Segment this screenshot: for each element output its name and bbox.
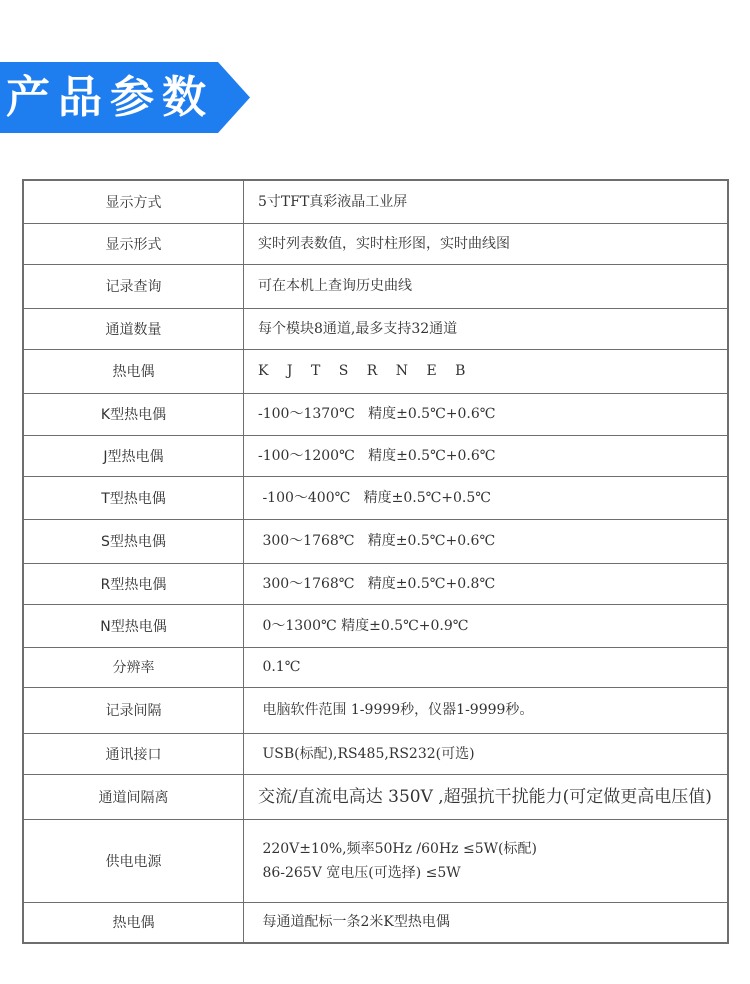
spec-row: N型热电偶 0～1300℃ 精度±0.5℃+0.9℃ [23, 604, 728, 647]
spec-value: 300～1768℃ 精度±0.5℃+0.6℃ [244, 519, 729, 563]
spec-label: J型热电偶 [23, 435, 244, 476]
spec-value-line: K J T S R N E B [258, 359, 727, 383]
spec-value-line: -100～400℃ 精度±0.5℃+0.5℃ [258, 486, 727, 510]
spec-value-line: 每通道配标一条2米K型热电偶 [258, 910, 727, 934]
spec-value: -100～1370℃ 精度±0.5℃+0.6℃ [244, 393, 729, 435]
section-banner: 产品参数 [0, 62, 250, 133]
spec-value: 实时列表数值，实时柱形图，实时曲线图 [244, 223, 729, 264]
spec-row: J型热电偶-100～1200℃ 精度±0.5℃+0.6℃ [23, 435, 728, 476]
spec-value-line: 220V±10%,频率50Hz /60Hz ≤5W(标配) [258, 837, 727, 861]
spec-row: K型热电偶-100～1370℃ 精度±0.5℃+0.6℃ [23, 393, 728, 435]
spec-value-line: 交流/直流电高达 350V ,超强抗干扰能力(可定做更高电压值) [258, 785, 727, 809]
spec-label: T型热电偶 [23, 476, 244, 519]
spec-table-body: 显示方式5寸TFT真彩液晶工业屏显示形式实时列表数值，实时柱形图，实时曲线图记录… [23, 180, 728, 943]
spec-label: 通道数量 [23, 308, 244, 349]
spec-label: 热电偶 [23, 902, 244, 943]
spec-value: 220V±10%,频率50Hz /60Hz ≤5W(标配) 86-265V 宽电… [244, 819, 729, 902]
spec-value-line: -100～1370℃ 精度±0.5℃+0.6℃ [258, 402, 727, 426]
spec-value-line: 300～1768℃ 精度±0.5℃+0.6℃ [258, 529, 727, 553]
spec-row: R型热电偶 300～1768℃ 精度±0.5℃+0.8℃ [23, 563, 728, 604]
spec-row: T型热电偶 -100～400℃ 精度±0.5℃+0.5℃ [23, 476, 728, 519]
spec-value: 可在本机上查询历史曲线 [244, 264, 729, 308]
spec-row: 分辨率 0.1℃ [23, 647, 728, 687]
spec-row: 供电电源 220V±10%,频率50Hz /60Hz ≤5W(标配) 86-26… [23, 819, 728, 902]
spec-value: USB(标配),RS485,RS232(可选) [244, 733, 729, 774]
spec-label: 供电电源 [23, 819, 244, 902]
spec-value: 电脑软件范围 1-9999秒，仪器1-9999秒。 [244, 687, 729, 733]
spec-value: 交流/直流电高达 350V ,超强抗干扰能力(可定做更高电压值) [244, 774, 729, 819]
spec-value: 每个模块8通道,最多支持32通道 [244, 308, 729, 349]
spec-value: K J T S R N E B [244, 349, 729, 393]
spec-row: 通道数量每个模块8通道,最多支持32通道 [23, 308, 728, 349]
spec-value: 每通道配标一条2米K型热电偶 [244, 902, 729, 943]
spec-label: 通讯接口 [23, 733, 244, 774]
spec-value-line: 电脑软件范围 1-9999秒，仪器1-9999秒。 [258, 698, 727, 722]
spec-row: 记录查询可在本机上查询历史曲线 [23, 264, 728, 308]
spec-row: 热电偶K J T S R N E B [23, 349, 728, 393]
spec-value: -100～400℃ 精度±0.5℃+0.5℃ [244, 476, 729, 519]
spec-row: S型热电偶 300～1768℃ 精度±0.5℃+0.6℃ [23, 519, 728, 563]
spec-value: 5寸TFT真彩液晶工业屏 [244, 180, 729, 223]
spec-label: 显示形式 [23, 223, 244, 264]
product-spec-table: 显示方式5寸TFT真彩液晶工业屏显示形式实时列表数值，实时柱形图，实时曲线图记录… [22, 179, 729, 944]
spec-label: R型热电偶 [23, 563, 244, 604]
spec-value-line: 实时列表数值，实时柱形图，实时曲线图 [258, 232, 727, 256]
spec-label: 热电偶 [23, 349, 244, 393]
spec-label: 通道间隔离 [23, 774, 244, 819]
spec-value-line: USB(标配),RS485,RS232(可选) [258, 742, 727, 766]
spec-value-line: 0.1℃ [258, 655, 727, 679]
spec-row: 显示方式5寸TFT真彩液晶工业屏 [23, 180, 728, 223]
spec-label: K型热电偶 [23, 393, 244, 435]
spec-row: 通讯接口 USB(标配),RS485,RS232(可选) [23, 733, 728, 774]
spec-value-line: -100～1200℃ 精度±0.5℃+0.6℃ [258, 444, 727, 468]
spec-value-line: 可在本机上查询历史曲线 [258, 274, 727, 298]
spec-value-line: 0～1300℃ 精度±0.5℃+0.9℃ [258, 614, 727, 638]
spec-label: S型热电偶 [23, 519, 244, 563]
spec-row: 记录间隔 电脑软件范围 1-9999秒，仪器1-9999秒。 [23, 687, 728, 733]
spec-value-line: 5寸TFT真彩液晶工业屏 [258, 190, 727, 214]
spec-label: 分辨率 [23, 647, 244, 687]
spec-value-line: 86-265V 宽电压(可选择) ≤5W [258, 861, 727, 885]
spec-row: 热电偶 每通道配标一条2米K型热电偶 [23, 902, 728, 943]
spec-value-line: 每个模块8通道,最多支持32通道 [258, 317, 727, 341]
spec-label: N型热电偶 [23, 604, 244, 647]
spec-row: 显示形式实时列表数值，实时柱形图，实时曲线图 [23, 223, 728, 264]
spec-value: 0.1℃ [244, 647, 729, 687]
spec-value: 0～1300℃ 精度±0.5℃+0.9℃ [244, 604, 729, 647]
spec-value-line: 300～1768℃ 精度±0.5℃+0.8℃ [258, 572, 727, 596]
spec-label: 显示方式 [23, 180, 244, 223]
spec-label: 记录间隔 [23, 687, 244, 733]
spec-value: -100～1200℃ 精度±0.5℃+0.6℃ [244, 435, 729, 476]
spec-label: 记录查询 [23, 264, 244, 308]
section-title: 产品参数 [6, 62, 214, 133]
spec-row: 通道间隔离交流/直流电高达 350V ,超强抗干扰能力(可定做更高电压值) [23, 774, 728, 819]
spec-value: 300～1768℃ 精度±0.5℃+0.8℃ [244, 563, 729, 604]
